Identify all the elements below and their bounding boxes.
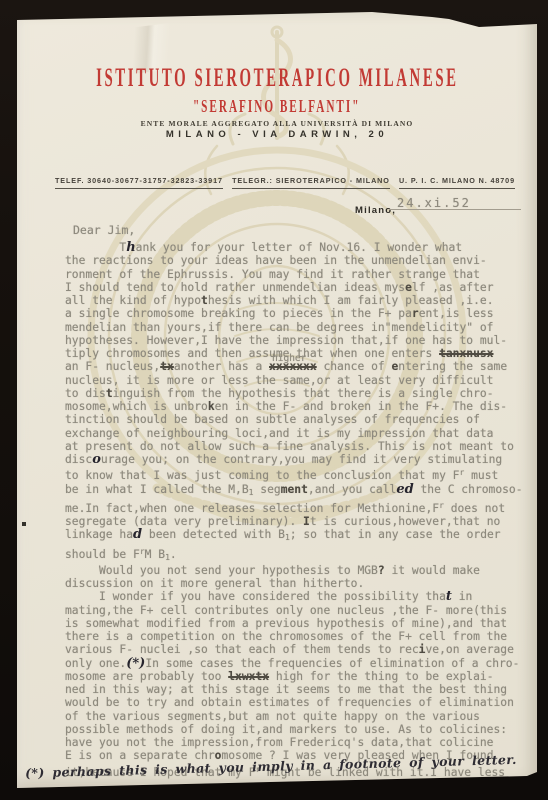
letter-line: there is a competition on the chromosome… — [65, 630, 523, 643]
letter-line: is somewhat modified from a previous hyp… — [65, 617, 523, 630]
letterhead-telef: TELEF. 30640-30677-31757-32823-33917 — [55, 176, 223, 189]
letter-line: have you not the impression,from Frederi… — [65, 736, 523, 749]
letter-body: Thank you for your letter of Nov.16. I w… — [65, 241, 523, 779]
letter-line: mendelian than yours,if there can be deg… — [65, 321, 523, 334]
letter-line: tinction should be based on subtle analy… — [65, 413, 523, 426]
letter-line: ned in this way; at this stage it seems … — [65, 683, 523, 696]
letter-line: discussion on it more general than hithe… — [65, 577, 523, 590]
letter-line: exchange of neighbouring loci,and it is … — [65, 427, 523, 440]
letter-line: nucleus, it is more or less the same,or … — [65, 374, 523, 387]
letter-line: at present do not allow such a fine anal… — [65, 440, 523, 453]
letter-line: of the various segments,but am not quite… — [65, 710, 523, 723]
letter-page: ISTITUTO SIEROTERAPICO MILANESE "SERAFIN… — [17, 12, 537, 788]
letterhead-ente-line: ENTE MORALE AGGREGATO ALLA UNIVERSITÀ DI… — [17, 119, 537, 128]
letter-line: all the kind of hypothesis with which I … — [65, 294, 523, 307]
letter-line: mosome are probably too lxwxtx high for … — [65, 670, 523, 683]
letterhead-upic: U. P. I. C. MILANO N. 48709 — [399, 176, 515, 189]
typed-date: 24.xi.52 — [397, 196, 471, 210]
letter-line: Thank you for your letter of Nov.16. I w… — [65, 241, 523, 254]
letter-line: a single chromosome breaking to pieces i… — [65, 307, 523, 320]
letterhead-contact-row: TELEF. 30640-30677-31757-32823-33917 TEL… — [17, 176, 537, 189]
letter-line: ronment of the Ephrussis. You may find i… — [65, 268, 523, 281]
letter-line: hypotheses. However,I have the impressio… — [65, 334, 523, 347]
letter-line: segregate (data very preliminary). It is… — [65, 515, 523, 528]
letter-line: Would you not send your hypothesis to MG… — [65, 564, 523, 577]
letter-line: mating,the F+ cell contributes only one … — [65, 604, 523, 617]
letter-line: various F- nuclei ,so that each of them … — [65, 643, 523, 656]
letter-line: to know that I was just coming to the co… — [65, 466, 523, 482]
salutation: Dear Jim, — [73, 223, 135, 237]
letter-line: be in what I called the M,B1 segment,and… — [65, 483, 523, 499]
dateline: Milano, 24.xi.52 — [355, 198, 523, 214]
letterhead-telegr: TELEGR.: SIEROTERAPICO - MILANO — [232, 176, 390, 189]
place-label: Milano, — [355, 205, 396, 216]
letter-line: the reactions to your ideas have been in… — [65, 254, 523, 267]
letter-line: I should tend to hold rather unmendelian… — [65, 281, 523, 294]
letter-line: an F- nucleus,txanother has a higherxxxx… — [65, 360, 523, 373]
letterhead-institute: ISTITUTO SIEROTERAPICO MILANESE — [17, 68, 537, 88]
letter-line: would be to try and obtain estimates of … — [65, 696, 523, 709]
letter-line: mosome,which is unbroken in the F- and b… — [65, 400, 523, 413]
letter-line: me.In fact,when one releases selection f… — [65, 499, 523, 515]
letter-line: should be FrM B1. — [65, 545, 523, 564]
letter-line: possible methods of doing it,and markers… — [65, 723, 523, 736]
letter-line: only one.(*)In some cases the frequencie… — [65, 657, 523, 670]
letterhead-name: "SERAFINO BELFANTI" — [17, 100, 537, 116]
letter-line: discourage you; on the contrary,you may … — [65, 453, 523, 466]
margin-dot — [22, 522, 26, 526]
letter-line: to distinguish from the hypothesis that … — [65, 387, 523, 400]
letter-line: linkage had been detected with B1; so th… — [65, 528, 523, 544]
letter-line: I wonder if you have considered the poss… — [65, 590, 523, 603]
letterhead-address: MILANO - VIA DARWIN, 20 — [17, 129, 537, 140]
